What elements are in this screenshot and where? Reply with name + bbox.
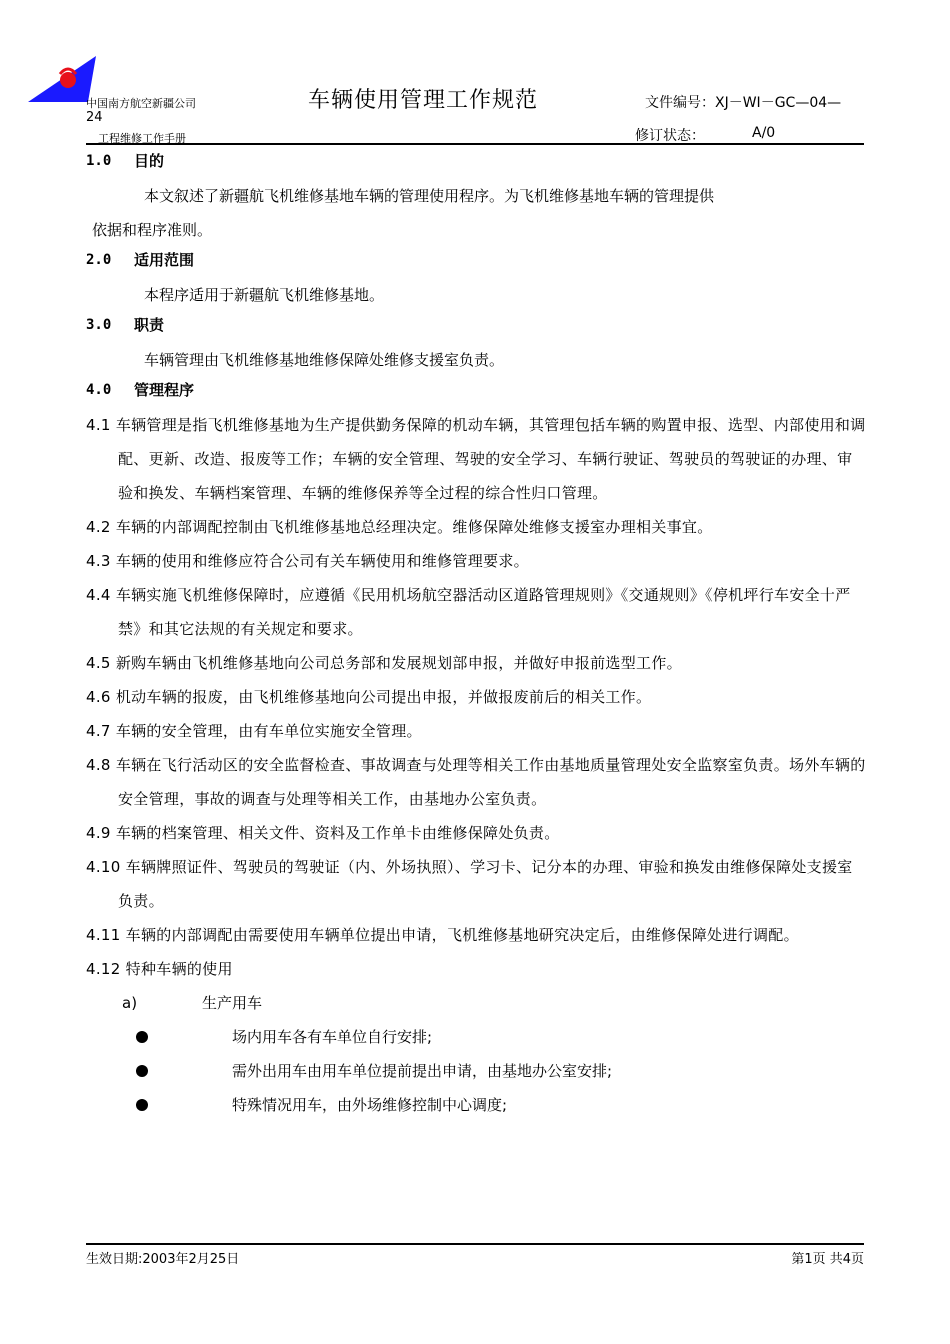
section-heading: 3.0职责	[86, 312, 866, 343]
sub-item: a)生产用车	[86, 986, 866, 1020]
list-item: 4.7 车辆的安全管理，由有车单位实施安全管理。	[86, 714, 866, 748]
paragraph: 本程序适用于新疆航飞机维修基地。	[86, 278, 866, 312]
list-item: 4.3 车辆的使用和维修应符合公司有关车辆使用和维修管理要求。	[86, 544, 866, 578]
bullet-icon	[136, 1099, 148, 1111]
footer-divider	[86, 1243, 864, 1245]
section-heading: 2.0适用范围	[86, 247, 866, 278]
section-heading: 4.0管理程序	[86, 377, 866, 408]
document-title: 车辆使用管理工作规范	[308, 83, 538, 114]
bullet-icon	[136, 1065, 148, 1077]
document-body: 1.0目的 本文叙述了新疆航飞机维修基地车辆的管理使用程序。为飞机维修基地车辆的…	[86, 148, 866, 1122]
list-item: 4.9 车辆的档案管理、相关文件、资料及工作单卡由维修保障处负责。	[86, 816, 866, 850]
effective-date: 生效日期:2003年2月25日	[86, 1248, 239, 1267]
paragraph: 本文叙述了新疆航飞机维修基地车辆的管理使用程序。为飞机维修基地车辆的管理提供	[86, 179, 866, 213]
document-number: 文件编号：XJ－WI－GC—04—	[645, 92, 841, 112]
list-item: 4.12 特种车辆的使用	[86, 952, 866, 986]
revision-label: 修订状态：	[635, 125, 705, 145]
bullet-item: 特殊情况用车，由外场维修控制中心调度;	[86, 1088, 866, 1122]
list-item: 4.1 车辆管理是指飞机维修基地为生产提供勤务保障的机动车辆，其管理包括车辆的购…	[86, 408, 866, 510]
section-heading: 1.0目的	[86, 148, 866, 179]
list-item: 4.11 车辆的内部调配由需要使用车辆单位提出申请，飞机维修基地研究决定后，由维…	[86, 918, 866, 952]
bullet-item: 需外出用车由用车单位提前提出申请，由基地办公室安排;	[86, 1054, 866, 1088]
company-fragment: 24	[86, 110, 103, 125]
list-item: 4.5 新购车辆由飞机维修基地向公司总务部和发展规划部申报，并做好申报前选型工作…	[86, 646, 866, 680]
header-divider	[86, 143, 864, 145]
list-item: 4.10 车辆牌照证件、驾驶员的驾驶证（内、外场执照）、学习卡、记分本的办理、审…	[86, 850, 866, 918]
company-name: 中国南方航空新疆公司	[86, 95, 196, 111]
page-number: 第1页 共4页	[791, 1248, 864, 1267]
list-item: 4.6 机动车辆的报废，由飞机维修基地向公司提出申报，并做报废前后的相关工作。	[86, 680, 866, 714]
list-item: 4.2 车辆的内部调配控制由飞机维修基地总经理决定。维修保障处维修支援室办理相关…	[86, 510, 866, 544]
paragraph: 依据和程序准则。	[86, 213, 866, 247]
bullet-icon	[136, 1031, 148, 1043]
list-item: 4.4 车辆实施飞机维修保障时，应遵循《民用机场航空器活动区道路管理规则》《交通…	[86, 578, 866, 646]
bullet-item: 场内用车各有车单位自行安排;	[86, 1020, 866, 1054]
paragraph: 车辆管理由飞机维修基地维修保障处维修支援室负责。	[86, 343, 866, 377]
list-item: 4.8 车辆在飞行活动区的安全监督检查、事故调查与处理等相关工作由基地质量管理处…	[86, 748, 866, 816]
revision-value: A/0	[752, 125, 775, 141]
